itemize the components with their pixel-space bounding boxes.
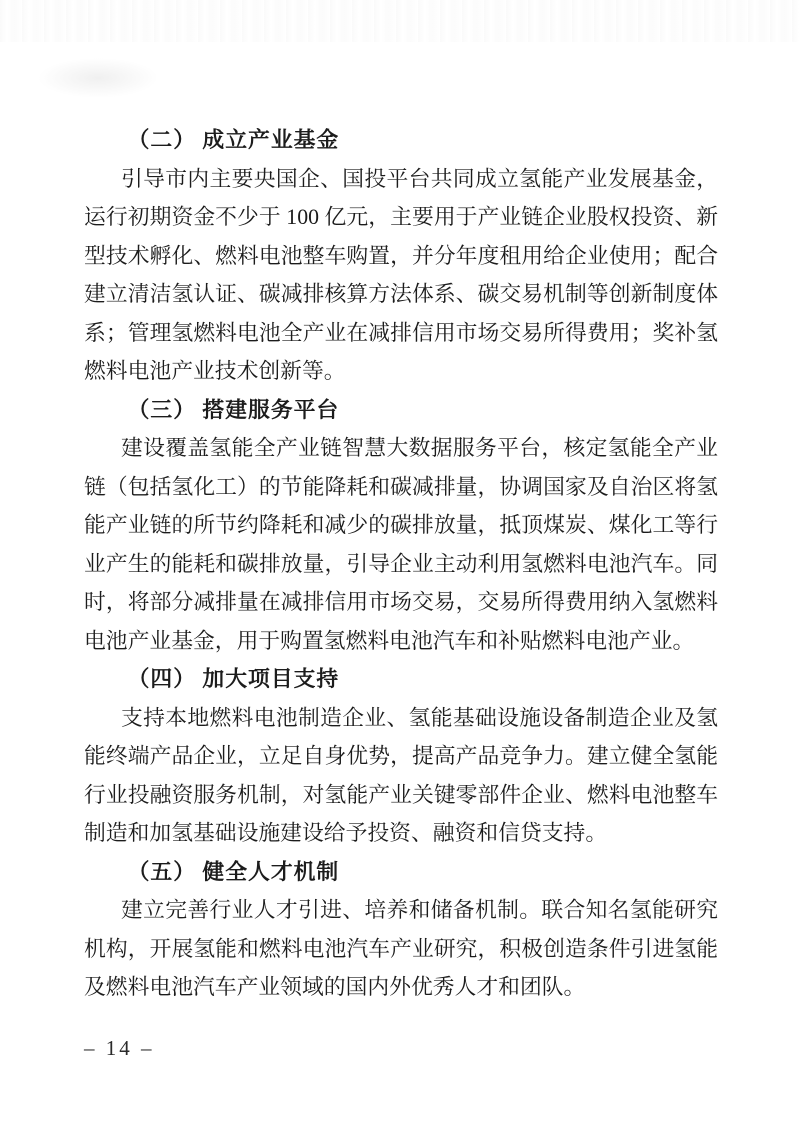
section-heading-2-industry-fund: （二） 成立产业基金 [84, 121, 718, 160]
scan-noise-top [0, 0, 800, 42]
section-heading-3-service-platform: （三） 搭建服务平台 [84, 391, 718, 430]
page-number: – 14 – [84, 1036, 155, 1061]
document-page: （二） 成立产业基金 引导市内主要央国企、国投平台共同成立氢能产业发展基金，运行… [0, 0, 800, 1131]
section-heading-4-project-support: （四） 加大项目支持 [84, 660, 718, 699]
section-paragraph-service-platform: 建设覆盖氢能全产业链智慧大数据服务平台，核定氢能全产业链（包括氢化工）的节能降耗… [84, 429, 718, 660]
scan-noise-smudge [38, 58, 158, 98]
section-paragraph-talent-mechanism: 建立完善行业人才引进、培养和储备机制。联合知名氢能研究机构，开展氢能和燃料电池汽… [84, 891, 718, 1007]
document-body: （二） 成立产业基金 引导市内主要央国企、国投平台共同成立氢能产业发展基金，运行… [84, 121, 718, 1007]
section-paragraph-industry-fund: 引导市内主要央国企、国投平台共同成立氢能产业发展基金，运行初期资金不少于 100… [84, 160, 718, 391]
section-paragraph-project-support: 支持本地燃料电池制造企业、氢能基础设施设备制造企业及氢能终端产品企业，立足自身优… [84, 699, 718, 853]
section-heading-5-talent-mechanism: （五） 健全人才机制 [84, 853, 718, 892]
